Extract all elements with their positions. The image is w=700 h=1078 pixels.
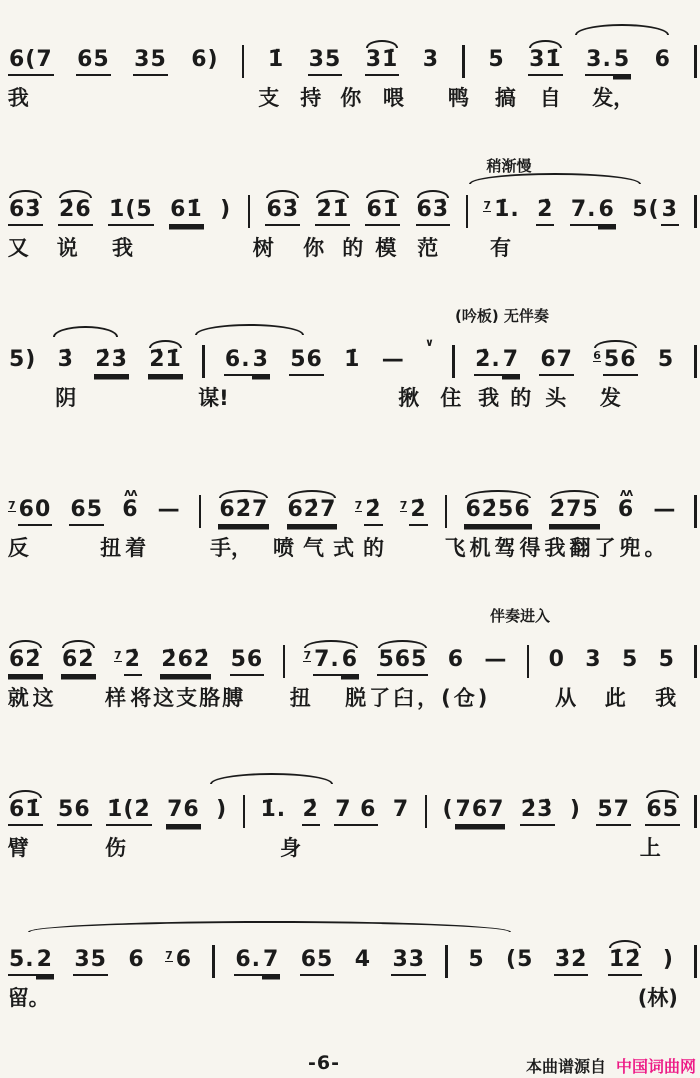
note-digits: 1̇(2̇ [106,798,152,826]
note-ornament-slot [365,34,400,48]
barline [466,195,469,228]
note-unit: 35 [133,34,168,76]
lyric-syllable: 头 [545,386,566,411]
note-digits: 2̇.7 [474,348,520,376]
barline [243,795,246,828]
source-credit-text: 本曲谱源自 [526,1057,606,1076]
sheet-music-page: 6(765356)1̇3531̇3531̇3.56我支持你喂鸭搞自发，稍渐慢63… [0,0,700,1078]
note-ornament-slot [8,934,54,948]
note-segment: 5 [487,48,505,74]
lyric-syllable: 从 [555,686,576,711]
lyrics-row: 臂伤身上 [0,836,700,870]
barline [694,945,697,978]
barline [283,645,286,678]
note-digits: 76 [165,948,193,974]
note-digits: 0 [548,648,566,674]
note-segment: 63̇ [416,198,451,226]
note-segment: 6 [447,648,465,674]
note-segment: 0 [548,648,566,674]
note-unit: 1̇(5 [108,184,154,226]
note-segment: 56 [57,798,92,826]
note-digits: 1̇2̇ [608,948,643,976]
note-unit: 1̇2̇ [608,934,643,976]
note-ornament-slot [218,484,269,498]
notes-row: 62̇62̇7̇2̇2̇62̇5677.65656—0355 [8,634,697,678]
note-segment: 35 [133,48,168,76]
note-unit: 2̇3̇ [520,784,555,826]
note-unit: 6(7 [8,34,54,76]
slur-arc [28,921,511,932]
note-ornament-slot [377,634,428,648]
note-segment: 63̇ [265,198,300,226]
note-digits: 2̇3̇ [94,348,129,376]
note-ornament-slot [487,34,505,48]
note-ornament-slot [355,484,383,498]
score-system: 伴奏进入62̇62̇7̇2̇2̇62̇5677.65656—0355就这样将这支… [0,600,700,750]
note-unit: 2̇62̇ [160,634,211,676]
barline [694,45,697,78]
note-digits: 6.3 [224,348,270,376]
note-digits: 2̇1̇ [315,198,350,226]
barline [445,495,448,528]
note-segment: 6 [121,498,139,524]
note-segment: 2 [36,948,54,976]
note-digits: 6 [617,498,635,524]
note-unit: 65 [300,934,335,976]
grace-note: 7 [8,500,16,512]
note-segment: 35 [308,48,343,76]
note-digits: 62̇ [8,648,43,676]
note-unit: 35 [308,34,343,76]
note-unit: 2̇1̇ [315,184,350,226]
note-ornament-slot [528,34,563,48]
note-segment: 6. [234,948,262,976]
note-ornament-slot [596,784,631,798]
note-segment: 60 [18,498,53,526]
note-ornament-slot [662,934,675,948]
note-digits: 2̇ [536,198,554,226]
note-ornament-slot: ʌʌ [617,484,635,498]
note-ornament-slot [165,934,193,948]
note-ornament-slot [569,784,582,798]
note-ornament-slot [645,784,680,798]
note-segment: 5( [631,198,660,224]
note-ornament-slot [303,634,359,648]
note-ornament-slot [584,634,602,648]
note-digits: 5 [657,348,675,374]
note-digits: 1̇ [343,348,361,374]
lyrics-row: 留。(林) [0,986,700,1020]
note-unit: 5.2 [8,934,54,976]
note-unit: 6.7 [234,934,280,976]
note-unit: 2̇ [536,184,554,226]
note-segment: 62̇ [61,648,96,676]
note-segment: 2̇1̇ [315,198,350,226]
page-number: -6- [308,1052,340,1074]
note-segment: — [381,348,406,374]
lyric-syllable: 反 [8,536,29,561]
note-digits: 5 [621,648,639,674]
note-segment: 6 [341,648,359,676]
note-ornament-slot [654,34,672,48]
note-unit: 61̇ [169,184,204,226]
note-unit: 5 [487,34,505,74]
note-ornament-slot [474,334,520,348]
note-digits: 656 [593,348,637,376]
note-segment: 2̇ [409,498,427,526]
grace-note: 7̇ [114,650,122,662]
note-segment: 3 [661,198,679,226]
note-ornament-slot [287,484,338,498]
note-unit: — [157,484,182,524]
note-segment: 1̇. [259,798,287,824]
note-digits: 1̇ [267,48,285,74]
lyric-syllable: 谋! [198,386,229,411]
note-ornament-slot [548,634,566,648]
lyric-syllable: 扭着 [100,536,150,561]
note-segment: 56 [230,648,265,676]
note-unit: 5 [621,634,639,674]
note-ornament-slot [166,784,201,798]
note-ornament-slot [483,634,508,648]
barline [452,345,455,378]
note-unit: 7̇2̇ [400,484,428,526]
note-digits: 31̇ [528,48,563,76]
note-ornament-slot [416,184,451,198]
lyric-syllable: 手， [210,536,252,561]
note-digits: 7.6 [570,198,616,226]
note-ornament-slot [114,634,142,648]
lyric-syllable: 飞机驾得我翻了兜。 [445,536,670,561]
note-unit: 6 [654,34,672,74]
note-unit: 1̇(2̇ [106,784,152,826]
note-ornament-slot [467,934,485,948]
lyric-syllable: 样 [105,686,126,711]
note-segment: 6 [654,48,672,74]
note-digits: 61̇ [169,198,204,226]
note-unit: 2̇75 [549,484,600,526]
note-digits: 3 [422,48,440,74]
lyric-syllable: 喷气式的 [273,536,393,561]
note-unit: ) [215,784,228,824]
note-segment: 31̇ [528,48,563,76]
note-unit: 2̇ [302,784,320,826]
note-unit: 62̇7 [218,484,269,526]
grace-note: 6 [593,350,601,362]
lyric-syllable: 阴 [55,386,76,411]
note-ornament-slot [224,334,270,348]
note-ornament-slot [8,784,43,798]
note-digits: — [157,498,182,524]
lyric-syllable: 持 [300,86,321,111]
note-ornament-slot [608,934,643,948]
note-unit: ) [219,184,232,224]
note-unit: 6 [447,634,465,674]
note-digits: 65 [69,498,104,526]
note-unit: 67 [539,334,574,376]
note-digits: 2̇75 [549,498,600,526]
lyrics-row: 又说我树你的模范有 [0,236,700,270]
note-digits: 6 [121,498,139,524]
note-segment: 2̇1̇ [148,348,183,376]
note-digits: 63̇ [416,198,451,226]
note-ornament-slot [230,634,265,648]
barline [694,795,697,828]
note-segment: 5 [658,648,676,674]
note-ornament-slot [334,784,377,798]
note-digits: 63̇ [8,198,43,226]
note-unit: 33 [391,934,426,976]
note-segment: 5) [8,348,37,374]
note-digits: 7̇2̇ [400,498,428,526]
note-segment: 2̇3̇ [94,348,129,376]
note-ornament-slot [354,934,372,948]
note-digits: 3̇ [57,348,75,374]
note-digits: 5) [8,348,37,374]
lyric-syllable: 自 [540,86,561,111]
lyric-syllable: 我 [655,686,676,711]
note-ornament-slot [593,334,637,348]
note-segment: 3̇2̇ [554,948,589,976]
lyric-syllable: 伤 [105,836,126,861]
note-ornament-slot [106,784,152,798]
lyric-syllable: 鸭 [448,86,469,111]
note-ornament-slot [400,484,428,498]
note-unit: 31̇ [365,34,400,76]
note-unit: 3̇2̇ [554,934,589,976]
lyric-syllable: 上 [640,836,661,861]
note-ornament-slot [631,184,679,198]
note-ornament-slot [539,334,574,348]
note-digits: ) [215,798,228,824]
note-unit: ʌʌ6 [617,484,635,524]
lyric-syllable: 扭 [290,686,311,711]
lyric-syllable: 树 [253,236,274,261]
note-digits: 35 [308,48,343,76]
note-unit: 2̇.7 [474,334,520,376]
lyric-syllable: 范 [417,236,438,261]
note-segment: — [483,648,508,674]
note-digits: ) [662,948,675,974]
note-segment: 3 [252,348,270,376]
lyrics-row: 阴谋!揪住我的头发 [0,386,700,420]
note-unit: — [483,634,508,674]
note-unit: 4 [354,934,372,974]
note-unit: 7̇2̇ [355,484,383,526]
note-digits: 35 [73,948,108,976]
lyric-syllable: 我 [8,86,29,111]
note-segment: — [157,498,182,524]
barline [242,45,245,78]
note-unit: (5 [505,934,534,974]
note-segment: 1̇2̇ [608,948,643,976]
lyric-syllable: 喂 [383,86,404,111]
note-unit: 57 [596,784,631,826]
lyric-syllable: 又 [8,236,29,261]
lyric-syllable: 我 [112,236,133,261]
note-ornament-slot [169,184,204,198]
note-ornament-slot [302,784,320,798]
note-ornament-slot [58,184,93,198]
score-system: 61̇561̇(2̇76)1̇.2̇7 67(7672̇3̇)5765臂伤身上 [0,750,700,900]
note-segment: 5 [657,348,675,374]
note-unit: 77.6 [303,634,359,676]
note-digits: 2̇ [302,798,320,826]
lyric-syllable: 将这支胳膊 [130,686,245,711]
note-ornament-slot [365,184,400,198]
note-digits: 6 [127,948,145,974]
tempo-annotation: 伴奏进入 [490,605,550,626]
note-digits: 5 [658,648,676,674]
lyric-syllable: 留。 [8,986,50,1011]
note-ornament-slot [652,484,677,498]
note-unit: 31̇ [528,34,563,76]
note-digits: 56 [230,648,265,676]
note-ornament-slot [315,184,350,198]
barline [694,345,697,378]
lyrics-row: 就这样将这支胳膊扭脱了臼，(仓)从此我 [0,686,700,720]
note-segment: 5. [8,948,36,976]
note-unit: 2̇6 [58,184,93,226]
notes-row: 61̇561̇(2̇76)1̇.2̇7 67(7672̇3̇)5765 [8,784,697,828]
note-ornament-slot [190,34,219,48]
note-ornament-slot [57,334,75,348]
note-unit: 3.5 [585,34,631,76]
note-segment: 62̇56 [464,498,531,526]
note-ornament-slot [265,184,300,198]
note-segment: (5 [505,948,534,974]
note-digits: 67 [539,348,574,376]
note-segment: 767 [455,798,506,826]
lyric-syllable: 支 [258,86,279,111]
note-segment: 76 [166,798,201,826]
note-segment: 62̇7 [287,498,338,526]
note-segment [428,348,430,351]
note-digits: 2̇62̇ [160,648,211,676]
note-unit: (767 [441,784,505,826]
note-segment: 3 [584,648,602,674]
barline [248,195,251,228]
note-unit: 5 [467,934,485,974]
note-digits: 6) [190,48,219,74]
note-digits: 6 [654,48,672,74]
note-ornament-slot [549,484,600,498]
note-unit: 565 [377,634,428,676]
note-digits: 6.7 [234,948,280,976]
note-digits: 4 [354,948,372,974]
note-digits: 63̇ [265,198,300,226]
note-unit: 76 [165,934,193,974]
note-ornament-slot [343,334,361,348]
note-segment: 6 [127,948,145,974]
note-unit: 6) [190,34,219,74]
note-digits: 2̇6 [58,198,93,226]
score-system: 76065ʌʌ6—62̇762̇77̇2̇7̇2̇62̇562̇75ʌʌ6—反扭… [0,450,700,600]
note-unit: 62̇ [8,634,43,676]
note-segment: 61̇ [365,198,400,226]
note-digits: 5.2 [8,948,54,976]
note-unit: 1̇. [259,784,287,824]
grace-note: 7 [483,200,491,212]
note-ornament-slot: ∨ [425,334,433,348]
note-unit: 1̇ [343,334,361,374]
note-digits: 6 [447,648,465,674]
lyric-syllable: 发 [600,386,621,411]
barline [202,345,205,378]
note-segment: 7. [313,648,341,676]
note-ornament-slot [160,634,211,648]
note-unit: 3 [584,634,602,674]
note-ornament-slot [259,784,287,798]
note-unit: 0 [548,634,566,674]
note-segment: 35 [73,948,108,976]
note-ornament-slot [57,784,92,798]
note-ornament-slot [392,784,410,798]
note-digits: (5 [505,948,534,974]
note-segment: 4 [354,948,372,974]
note-ornament-slot [108,184,154,198]
note-ornament-slot [289,334,324,348]
note-segment: 6(7 [8,48,54,76]
note-unit: 3̇ [57,334,75,374]
note-ornament-slot [267,34,285,48]
note-unit: ∨ [425,334,433,351]
lyric-syllable: 模 [375,236,396,261]
note-segment: 1̇ [343,348,361,374]
lyric-syllable: 揪 [398,386,419,411]
note-segment: ( [441,798,454,824]
note-segment: 7 6 [334,798,377,826]
lyric-syllable: 臂 [8,836,29,861]
grace-note: 7 [165,950,173,962]
note-ornament-slot [300,934,335,948]
note-ornament-slot [76,34,111,48]
lyric-syllable: 说 [57,236,78,261]
note-digits: 71̇. [483,198,520,224]
lyric-syllable: 此 [605,686,626,711]
note-ornament-slot [391,934,426,948]
note-digits: 65 [645,798,680,826]
note-unit: 3 [422,34,440,74]
note-digits: 65 [76,48,111,76]
barline [527,645,530,678]
note-digits: 5 [487,48,505,74]
note-ornament-slot [658,634,676,648]
note-segment: ) [219,198,232,224]
note-digits: 2̇1̇ [148,348,183,376]
note-ornament-slot [447,634,465,648]
note-unit: 63̇ [416,184,451,226]
note-unit: 2̇1̇ [148,334,183,376]
note-ornament-slot [94,334,129,348]
barline [212,945,215,978]
note-segment: 61̇ [8,798,43,826]
note-ornament-slot [536,184,554,198]
lyrics-row: 我支持你喂鸭搞自发， [0,86,700,120]
note-digits: 7 6 [334,798,377,826]
lyric-syllable: 的 [510,386,531,411]
note-digits: 7̇2̇ [355,498,383,526]
note-digits: 62̇7 [218,498,269,526]
lyric-syllable: 你 [340,86,361,111]
note-ornament-slot [8,184,43,198]
note-segment: 67 [539,348,574,376]
note-digits: 61̇ [8,798,43,826]
note-ornament-slot [148,334,183,348]
lyric-syllable: 的 [342,236,363,261]
note-unit: 56 [230,634,265,676]
note-segment: 2̇75 [549,498,600,526]
